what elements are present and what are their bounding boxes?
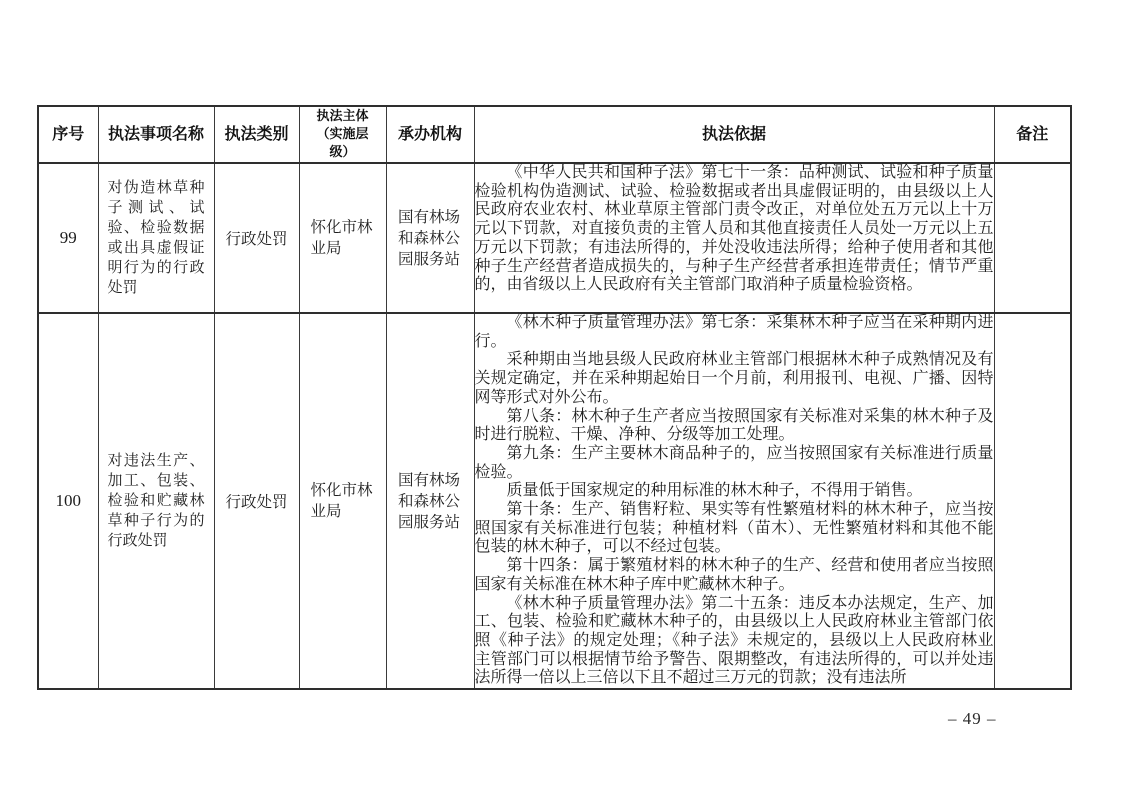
basis-paragraph: 《林木种子质量管理办法》第七条：采集林木种子应当在采种期内进行。 (475, 314, 994, 351)
enforcement-items-table: 序号 执法事项名称 执法类别 执法主体（实施层级） 承办机构 执法依据 备注 9… (37, 105, 1072, 690)
basis-paragraph: 第十条：生产、销售籽粒、果实等有性繁殖材料的林木种子，应当按照国家有关标准进行包… (475, 501, 994, 557)
basis-paragraph: 第十四条：属于繁殖材料的林木种子的生产、经营和使用者应当按照国家有关标准在林木种… (475, 557, 994, 594)
cell-category-100: 行政处罚 (214, 313, 299, 689)
cell-basis-100: 《林木种子质量管理办法》第七条：采集林木种子应当在采种期内进行。 采种期由当地县… (474, 313, 994, 689)
page-number: – 49 – (948, 709, 997, 729)
cell-category-99: 行政处罚 (214, 163, 299, 313)
cell-basis-99: 《中华人民共和国种子法》第七十一条：品种测试、试验和种子质量检验机构伪造测试、试… (474, 163, 994, 313)
cell-serial-99: 99 (38, 163, 98, 313)
header-agency: 承办机构 (386, 106, 474, 163)
header-remark: 备注 (994, 106, 1071, 163)
cell-serial-100: 100 (38, 313, 98, 689)
table-header-row: 序号 执法事项名称 执法类别 执法主体（实施层级） 承办机构 执法依据 备注 (38, 106, 1071, 163)
document-page: 序号 执法事项名称 执法类别 执法主体（实施层级） 承办机构 执法依据 备注 9… (0, 0, 1122, 793)
header-item-name: 执法事项名称 (98, 106, 214, 163)
cell-item-name-100: 对违法生产、加工、包装、检验和贮藏林草种子行为的行政处罚 (98, 313, 214, 689)
header-basis: 执法依据 (474, 106, 994, 163)
item-name-text: 对伪造林草种子测试、试验、检验数据或出具虚假证明行为的行政处罚 (108, 178, 205, 298)
basis-paragraph: 第八条：林木种子生产者应当按照国家有关标准对采集的林木种子及时进行脱粒、干燥、净… (475, 408, 994, 445)
header-subject: 执法主体（实施层级） (299, 106, 386, 163)
basis-paragraph: 《中华人民共和国种子法》第七十一条：品种测试、试验和种子质量检验机构伪造测试、试… (475, 164, 994, 295)
cell-remark-99 (994, 163, 1071, 313)
cell-remark-100 (994, 313, 1071, 689)
table-row-100: 100 对违法生产、加工、包装、检验和贮藏林草种子行为的行政处罚 行政处罚 怀化… (38, 313, 1071, 689)
agency-text: 国有林场和森林公园服务站 (398, 207, 462, 270)
basis-paragraph: 第九条：生产主要林木商品种子的，应当按照国家有关标准进行质量检验。 (475, 445, 994, 482)
basis-paragraph: 采种期由当地县级人民政府林业主管部门根据林木种子成熟情况及有关规定确定，并在采种… (475, 351, 994, 407)
subject-text: 怀化市林业局 (311, 480, 375, 522)
cell-subject-100: 怀化市林业局 (299, 313, 386, 689)
table-row-99: 99 对伪造林草种子测试、试验、检验数据或出具虚假证明行为的行政处罚 行政处罚 … (38, 163, 1071, 313)
subject-text: 怀化市林业局 (311, 217, 375, 259)
header-serial: 序号 (38, 106, 98, 163)
header-subject-label: 执法主体（实施层级） (311, 107, 375, 160)
cell-agency-100: 国有林场和森林公园服务站 (386, 313, 474, 689)
agency-text: 国有林场和森林公园服务站 (398, 470, 462, 533)
cell-agency-99: 国有林场和森林公园服务站 (386, 163, 474, 313)
cell-item-name-99: 对伪造林草种子测试、试验、检验数据或出具虚假证明行为的行政处罚 (98, 163, 214, 313)
item-name-text: 对违法生产、加工、包装、检验和贮藏林草种子行为的行政处罚 (108, 451, 205, 551)
basis-paragraph: 质量低于国家规定的种用标准的林木种子，不得用于销售。 (475, 482, 994, 501)
cell-subject-99: 怀化市林业局 (299, 163, 386, 313)
header-category: 执法类别 (214, 106, 299, 163)
basis-paragraph: 《林木种子质量管理办法》第二十五条：违反本办法规定，生产、加工、包装、检验和贮藏… (475, 595, 994, 689)
